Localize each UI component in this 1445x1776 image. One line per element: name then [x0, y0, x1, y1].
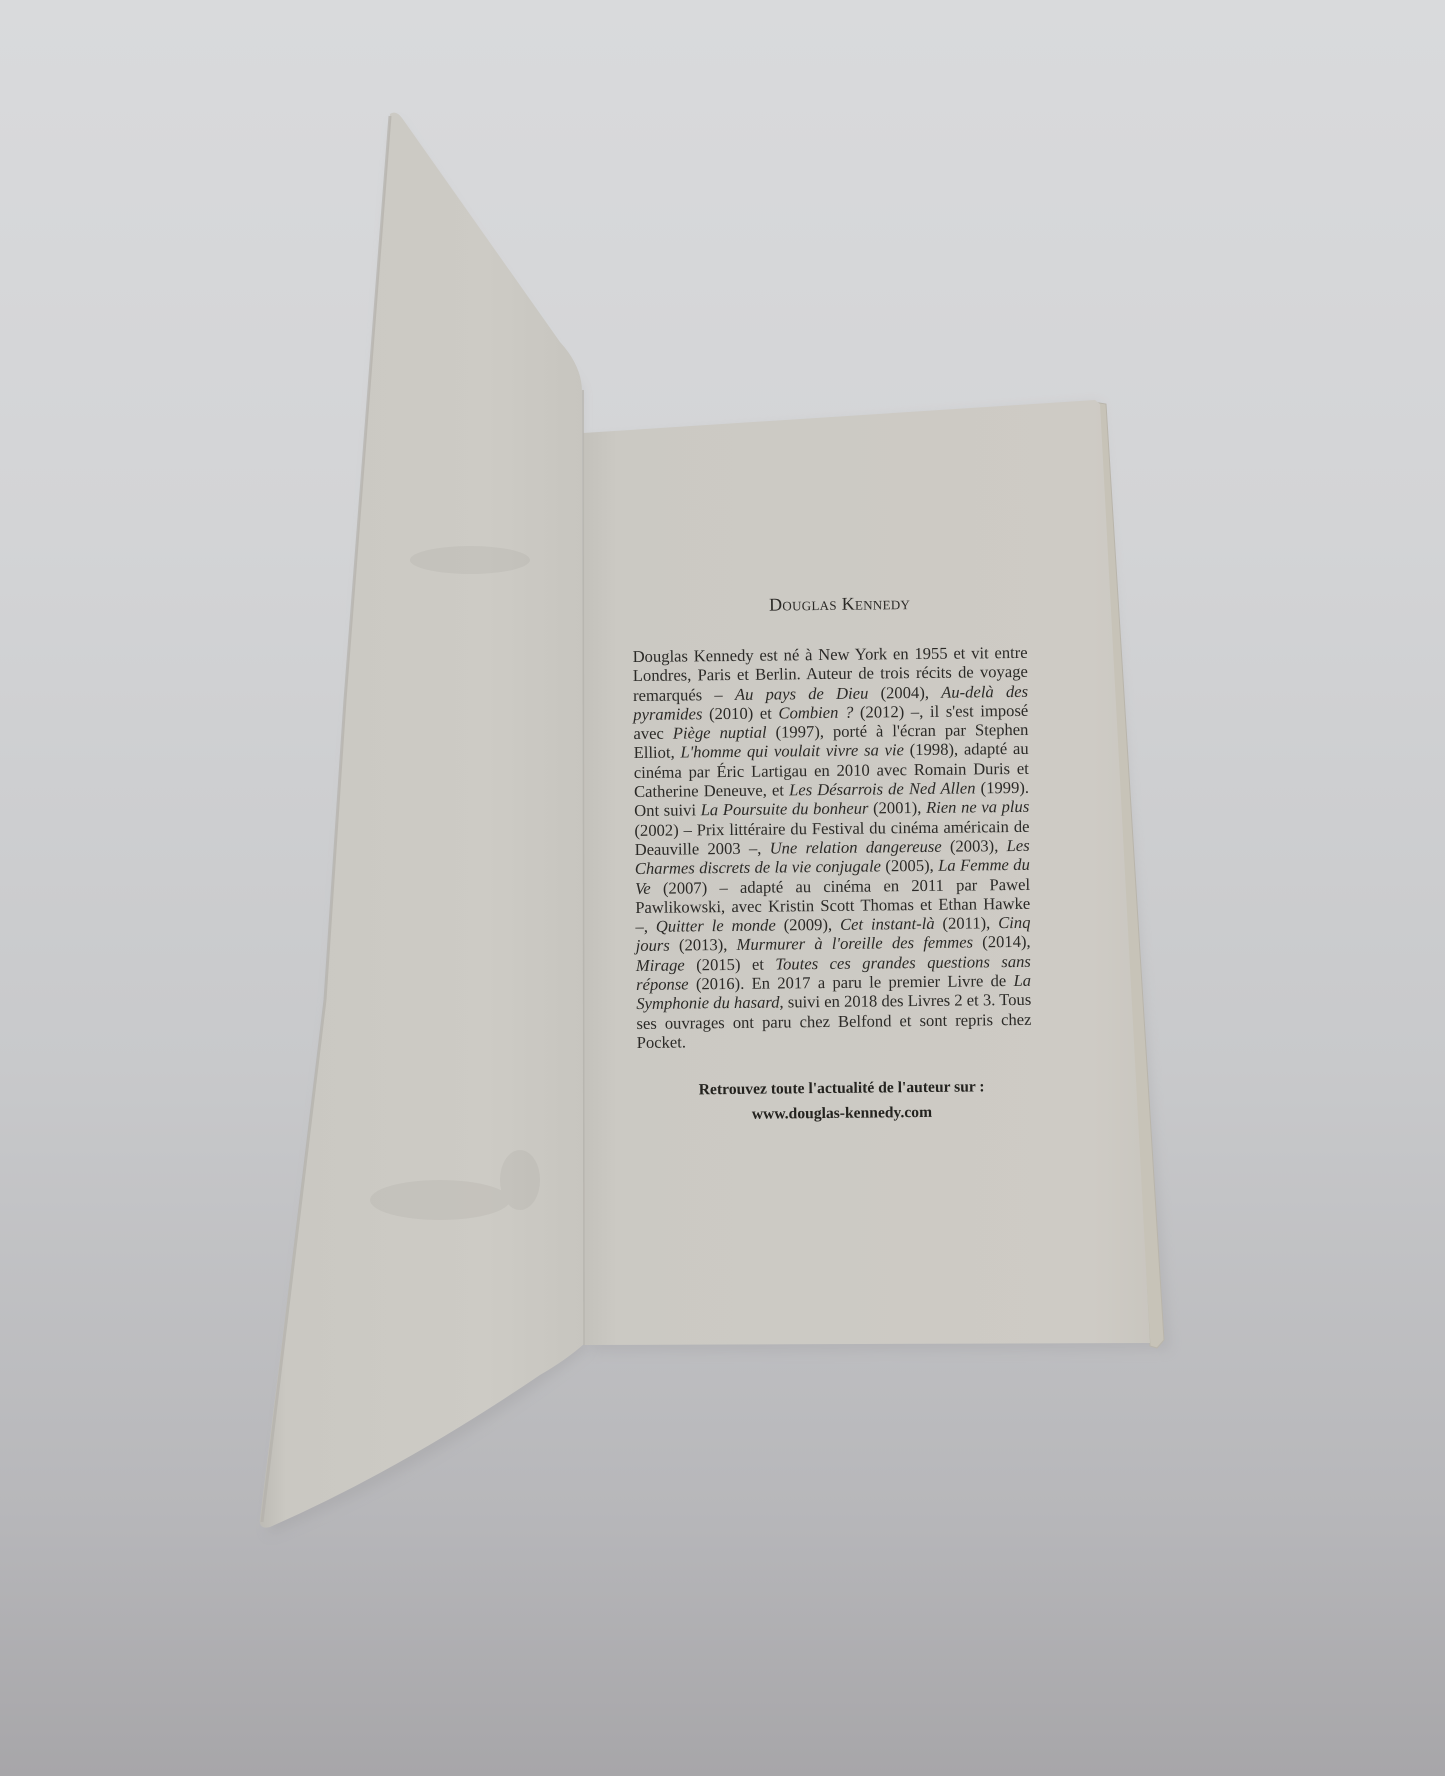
book-title-italic: Combien ? — [778, 703, 853, 723]
left-page — [260, 113, 584, 1528]
author-biography: Douglas Kennedy est né à New York en 195… — [633, 643, 1032, 1052]
book-title-italic: Rien ne va plus — [926, 797, 1029, 817]
book-title-italic: Une relation dangereuse — [770, 837, 942, 858]
book-title-italic: Les Désarrois de Ned Allen — [789, 778, 976, 799]
bio-text: (2014), — [973, 932, 1031, 952]
book-title-italic: La Poursuite du bonheur — [701, 799, 869, 820]
bio-text: (2011), — [934, 913, 998, 933]
bio-text: (2015) et — [685, 954, 776, 974]
bio-text: (2013), — [670, 935, 737, 955]
book-title-italic: Murmurer à l'oreille des femmes — [737, 933, 974, 954]
website-intro: Retrouvez toute l'actualité de l'auteur … — [699, 1079, 985, 1099]
book-title-italic: Piège nuptial — [673, 723, 767, 743]
bio-text: (2005), — [881, 856, 938, 876]
author-bio-page: Douglas Kennedy Douglas Kennedy est né à… — [632, 592, 1033, 1128]
bio-text: (2004), — [868, 682, 941, 702]
website-callout: Retrouvez toute l'actualité de l'auteur … — [637, 1074, 1033, 1128]
author-heading: Douglas Kennedy — [632, 592, 1027, 617]
book-title-italic: Au pays de Dieu — [735, 683, 869, 703]
book-title-italic: Cet instant-là — [840, 914, 935, 934]
author-website-link[interactable]: www.douglas-kennedy.com — [651, 1099, 1032, 1128]
photo-scene: Douglas Kennedy Douglas Kennedy est né à… — [0, 0, 1445, 1776]
book-title-italic: Mirage — [636, 955, 685, 975]
bio-text: (2010) et — [702, 703, 778, 723]
book-title-italic: Quitter le monde — [656, 916, 776, 936]
bio-text: (2001), — [868, 798, 926, 818]
book-title-italic: L'homme qui voulait vivre sa vie — [680, 741, 904, 762]
bio-text: (2003), — [942, 836, 1007, 856]
bio-text: (2009), — [776, 915, 840, 935]
spine — [583, 390, 584, 1345]
